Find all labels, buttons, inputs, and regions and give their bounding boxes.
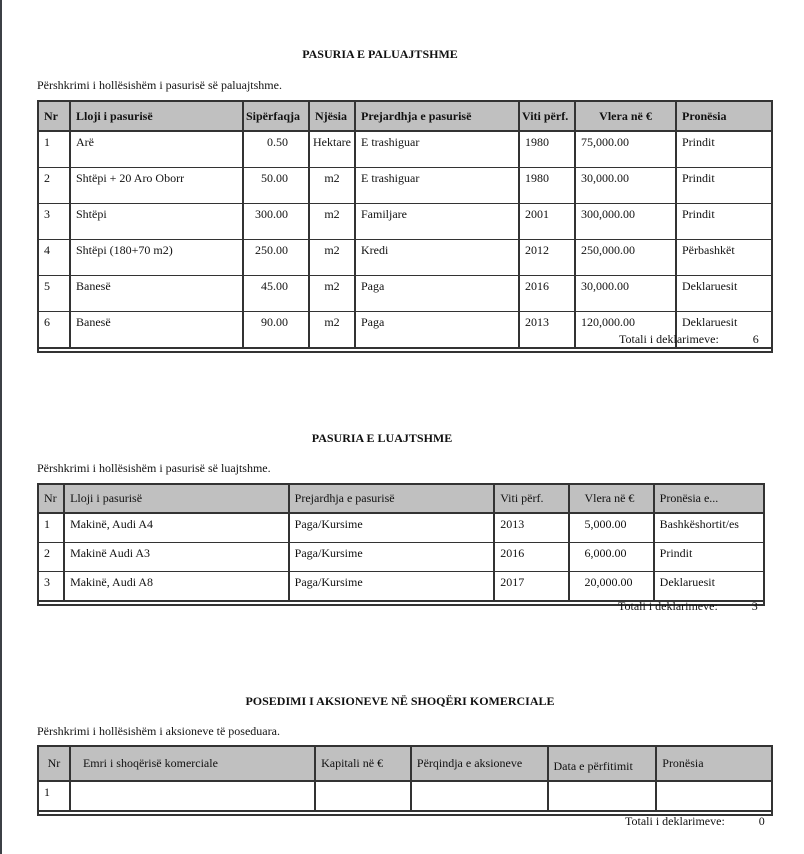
- col-header: Pronësia: [676, 101, 772, 131]
- table-row: 2Makinë Audi A3Paga/Kursime20166,000.00P…: [38, 543, 764, 572]
- col-header: Lloji i pasurisë: [64, 484, 289, 513]
- table-cell: 45.00: [243, 276, 309, 312]
- table-cell: 6: [38, 312, 70, 349]
- immovable-property-table: Nr Lloji i pasurisë Sipërfaqja Njësia Pr…: [37, 100, 773, 353]
- table-cell: Shtëpi (180+70 m2): [70, 240, 243, 276]
- section-title-immovable: PASURIA E PALUAJTSHME: [0, 47, 760, 62]
- table-cell: 2: [38, 168, 70, 204]
- movable-total: Totali i deklarimeve:3: [618, 599, 758, 614]
- table-cell: 4: [38, 240, 70, 276]
- table-row: 5Banesë45.00m2Paga201630,000.00Deklarues…: [38, 276, 772, 312]
- table-cell: Shtëpi + 20 Aro Oborr: [70, 168, 243, 204]
- table-cell: 6,000.00: [569, 543, 653, 572]
- table-cell: Prindit: [676, 168, 772, 204]
- table-cell: 1: [38, 513, 64, 543]
- col-header: Pronësia: [656, 746, 772, 781]
- table-bottom-border: [38, 348, 772, 352]
- table-cell: [70, 781, 315, 811]
- col-header: Vlera në €: [569, 484, 653, 513]
- table-cell: Paga/Kursime: [289, 513, 495, 543]
- movable-property-table: Nr Lloji i pasurisë Prejardhja e pasuris…: [37, 483, 765, 606]
- col-header: Sipërfaqja: [243, 101, 309, 131]
- section-title-movable: PASURIA E LUAJTSHME: [0, 431, 764, 446]
- table-row: 3Shtëpi300.00m2Familjare2001300,000.00Pr…: [38, 204, 772, 240]
- table-cell: 1980: [519, 168, 575, 204]
- table-cell: Deklaruesit: [676, 276, 772, 312]
- table-cell: 2017: [494, 572, 569, 602]
- total-value: 3: [718, 599, 758, 614]
- col-header: Pronësia e...: [654, 484, 764, 513]
- table-cell: 30,000.00: [575, 168, 676, 204]
- shares-total: Totali i deklarimeve:0: [625, 814, 765, 829]
- table-cell: 300,000.00: [575, 204, 676, 240]
- table-cell: Bashkëshortit/es: [654, 513, 764, 543]
- table-cell: 75,000.00: [575, 131, 676, 168]
- col-header: Përqindja e aksioneve: [411, 746, 548, 781]
- table-header-row: Nr Lloji i pasurisë Sipërfaqja Njësia Pr…: [38, 101, 772, 131]
- table-row: 4Shtëpi (180+70 m2)250.00m2Kredi2012250,…: [38, 240, 772, 276]
- table-cell: E trashiguar: [355, 131, 519, 168]
- col-header: Prejardhja e pasurisë: [355, 101, 519, 131]
- table-cell: Makinë, Audi A4: [64, 513, 289, 543]
- col-header: Vlera në €: [575, 101, 676, 131]
- section-description-movable: Përshkrimi i hollësishëm i pasurisë së l…: [37, 461, 271, 476]
- table-header-row: Nr Emri i shoqërisë komerciale Kapitali …: [38, 746, 772, 781]
- col-header: Nr: [38, 746, 70, 781]
- table-cell: Shtëpi: [70, 204, 243, 240]
- table-cell: Paga: [355, 312, 519, 349]
- table-cell: 3: [38, 572, 64, 602]
- table-cell: 1: [38, 131, 70, 168]
- total-value: 6: [719, 332, 759, 347]
- table-cell: 5: [38, 276, 70, 312]
- section-description-shares: Përshkrimi i hollësishëm i aksioneve të …: [37, 724, 280, 739]
- table-cell: m2: [309, 312, 355, 349]
- total-label: Totali i deklarimeve:: [618, 599, 718, 613]
- table-cell: 0.50: [243, 131, 309, 168]
- col-header: Prejardhja e pasurisë: [289, 484, 495, 513]
- table-cell: [411, 781, 548, 811]
- table-cell: 2016: [519, 276, 575, 312]
- table-cell: [548, 781, 657, 811]
- table-cell: [656, 781, 772, 811]
- total-label: Totali i deklarimeve:: [619, 332, 719, 346]
- table-cell: m2: [309, 168, 355, 204]
- table-cell: Makinë, Audi A8: [64, 572, 289, 602]
- total-label: Totali i deklarimeve:: [625, 814, 725, 828]
- table-cell: 2: [38, 543, 64, 572]
- table-cell: Banesë: [70, 276, 243, 312]
- table-cell: Kredi: [355, 240, 519, 276]
- table-cell: Banesë: [70, 312, 243, 349]
- col-header: Data e përfitimit: [548, 746, 657, 781]
- table-cell: 20,000.00: [569, 572, 653, 602]
- table-row: 1Makinë, Audi A4Paga/Kursime20135,000.00…: [38, 513, 764, 543]
- col-header: Viti përf.: [494, 484, 569, 513]
- table-row: 2Shtëpi + 20 Aro Oborr50.00m2E trashigua…: [38, 168, 772, 204]
- immovable-total: Totali i deklarimeve:6: [619, 332, 759, 347]
- table-cell: Përbashkët: [676, 240, 772, 276]
- table-header-row: Nr Lloji i pasurisë Prejardhja e pasuris…: [38, 484, 764, 513]
- table-cell: Prindit: [676, 131, 772, 168]
- table-cell: 250,000.00: [575, 240, 676, 276]
- table-cell: 300.00: [243, 204, 309, 240]
- table-cell: E trashiguar: [355, 168, 519, 204]
- table-cell: Deklaruesit: [654, 572, 764, 602]
- page-left-edge: [0, 0, 2, 854]
- table-row: 3Makinë, Audi A8Paga/Kursime201720,000.0…: [38, 572, 764, 602]
- col-header: Emri i shoqërisë komerciale: [70, 746, 315, 781]
- col-header: Njësia: [309, 101, 355, 131]
- col-header: Viti përf.: [519, 101, 575, 131]
- col-header: Kapitali në €: [315, 746, 411, 781]
- col-header: Nr: [38, 101, 70, 131]
- table-cell: Arë: [70, 131, 243, 168]
- table-cell: 250.00: [243, 240, 309, 276]
- table-cell: Paga/Kursime: [289, 543, 495, 572]
- table-cell: [315, 781, 411, 811]
- col-header: Lloji i pasurisë: [70, 101, 243, 131]
- table-cell: 2012: [519, 240, 575, 276]
- table-cell: 2013: [494, 513, 569, 543]
- table-cell: Paga/Kursime: [289, 572, 495, 602]
- table-cell: 1980: [519, 131, 575, 168]
- table-cell: 2013: [519, 312, 575, 349]
- section-title-shares: POSEDIMI I AKSIONEVE NË SHOQËRI KOMERCIA…: [0, 694, 800, 709]
- table-row: 1Arë0.50HektareE trashiguar198075,000.00…: [38, 131, 772, 168]
- table-cell: Paga: [355, 276, 519, 312]
- table-cell: 3: [38, 204, 70, 240]
- total-value: 0: [725, 814, 765, 829]
- table-cell: m2: [309, 276, 355, 312]
- table-cell: Prindit: [676, 204, 772, 240]
- table-cell: m2: [309, 240, 355, 276]
- col-header: Nr: [38, 484, 64, 513]
- table-cell: Hektare: [309, 131, 355, 168]
- table-cell: Prindit: [654, 543, 764, 572]
- table-cell: 2001: [519, 204, 575, 240]
- table-cell: 5,000.00: [569, 513, 653, 543]
- table-cell: 30,000.00: [575, 276, 676, 312]
- table-cell: m2: [309, 204, 355, 240]
- table-cell: 90.00: [243, 312, 309, 349]
- table-cell: Makinë Audi A3: [64, 543, 289, 572]
- table-cell: 50.00: [243, 168, 309, 204]
- shares-table: Nr Emri i shoqërisë komerciale Kapitali …: [37, 745, 773, 816]
- table-cell: 2016: [494, 543, 569, 572]
- section-description-immovable: Përshkrimi i hollësishëm i pasurisë së p…: [37, 78, 282, 93]
- table-cell: 1: [38, 781, 70, 811]
- table-cell: Familjare: [355, 204, 519, 240]
- table-row: 1: [38, 781, 772, 811]
